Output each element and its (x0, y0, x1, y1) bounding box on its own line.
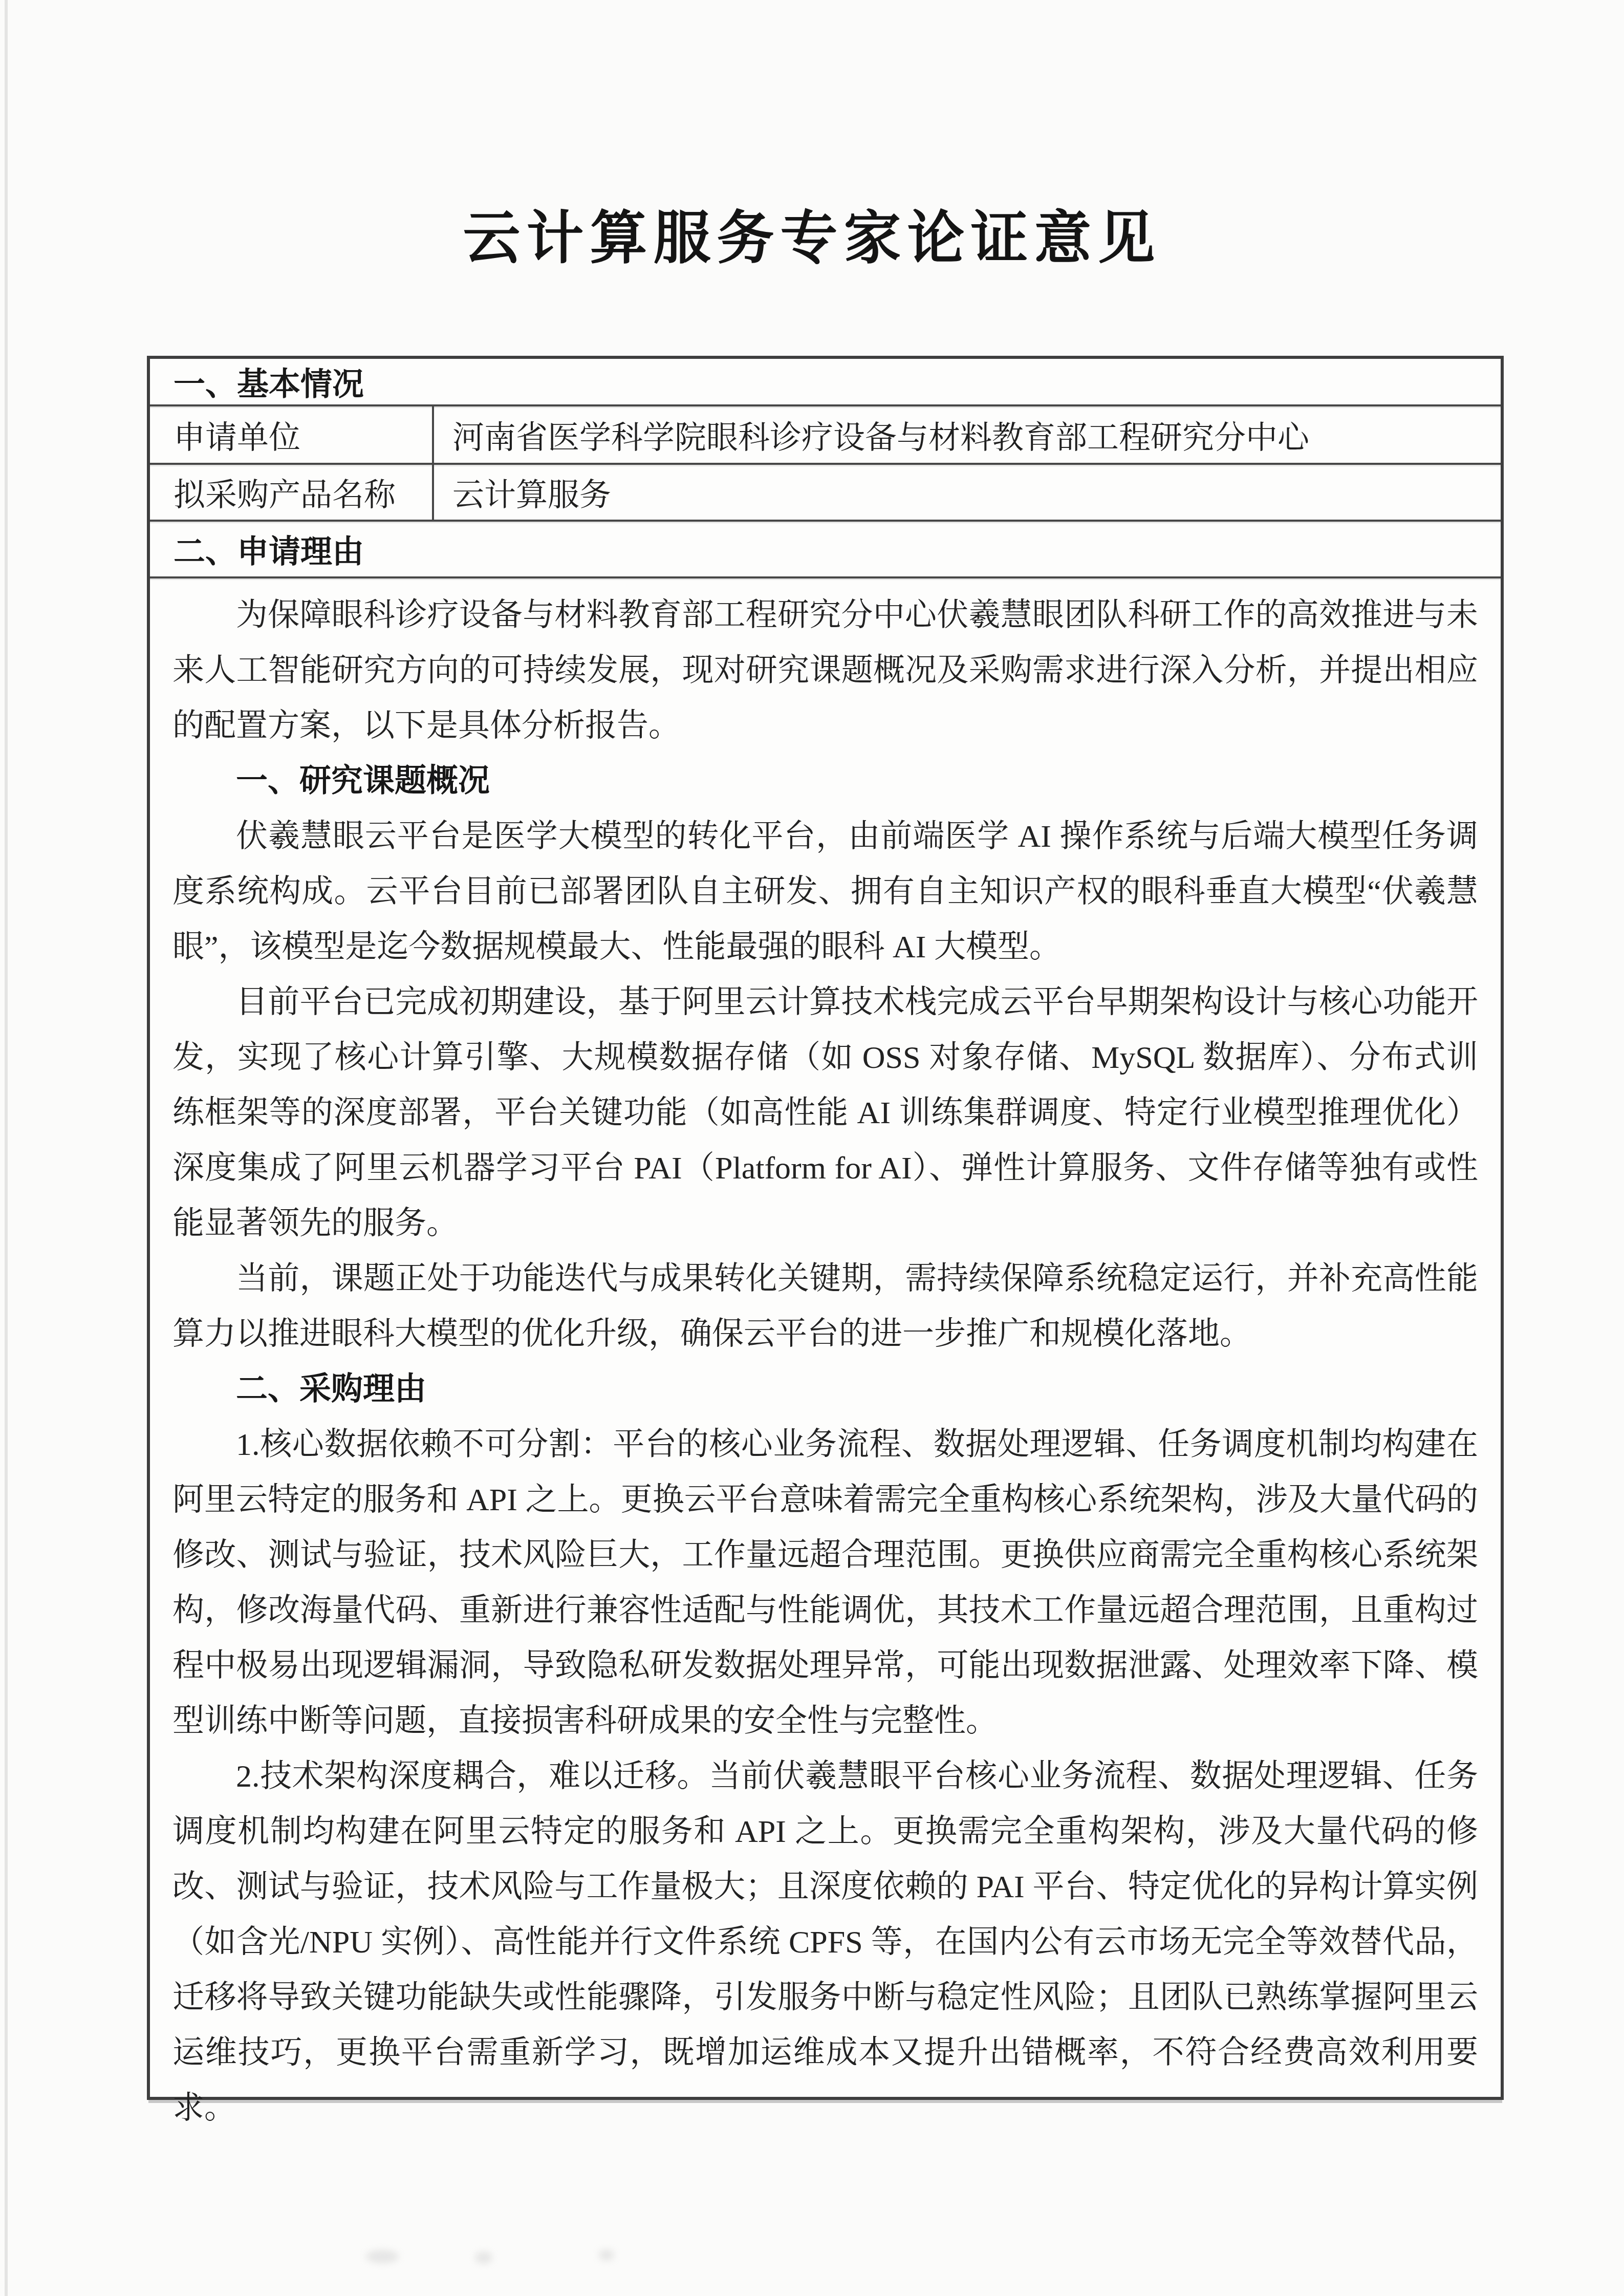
application-reason-section-label: 二、申请理由 (150, 526, 364, 572)
heading-research-overview: 一、研究课题概况 (172, 754, 1478, 809)
basic-info-section-label: 一、基本情况 (150, 359, 364, 404)
table-row-applicant: 申请单位 河南省医学科学院眼科诊疗设备与材料教育部工程研究分中心 (150, 406, 1501, 465)
application-reason-content-cell: 为保障眼科诊疗设备与材料教育部工程研究分中心伏羲慧眼团队科研工作的高效推进与未来… (150, 578, 1501, 2097)
section-row-basic-info: 一、基本情况 (150, 359, 1501, 406)
paragraph-current-stage: 当前，课题正处于功能迭代与成果转化关键期，需持续保障系统稳定运行，并补充高性能算… (172, 1251, 1478, 1362)
scan-edge-artifact (5, 0, 8, 2296)
paragraph-reason-2: 2.技术架构深度耦合，难以迁移。当前伏羲慧眼平台核心业务流程、数据处理逻辑、任务… (172, 1749, 1478, 2136)
paragraph-intro: 为保障眼科诊疗设备与材料教育部工程研究分中心伏羲慧眼团队科研工作的高效推进与未来… (172, 588, 1478, 754)
opinion-table: 一、基本情况 申请单位 河南省医学科学院眼科诊疗设备与材料教育部工程研究分中心 … (147, 356, 1504, 2100)
scan-smudge-artifact (599, 2249, 614, 2261)
scanned-document-page: { "page": { "title": "云计算服务专家论证意见" }, "c… (0, 0, 1624, 2296)
scan-smudge-artifact (366, 2250, 399, 2263)
product-name-value-cell: 云计算服务 (434, 465, 1501, 520)
heading-procurement-reason: 二、采购理由 (172, 1362, 1478, 1417)
paragraph-reason-1: 1.核心数据依赖不可分割：平台的核心业务流程、数据处理逻辑、任务调度机制均构建在… (172, 1417, 1478, 1749)
section-row-application-reason: 二、申请理由 (150, 522, 1501, 578)
product-name-label-cell: 拟采购产品名称 (150, 465, 434, 520)
page-title: 云计算服务专家论证意见 (0, 201, 1624, 277)
scan-smudge-artifact (475, 2251, 492, 2264)
applicant-value-cell: 河南省医学科学院眼科诊疗设备与材料教育部工程研究分中心 (434, 406, 1501, 463)
table-row-product-name: 拟采购产品名称 云计算服务 (150, 465, 1501, 522)
paragraph-platform-overview: 伏羲慧眼云平台是医学大模型的转化平台，由前端医学 AI 操作系统与后端大模型任务… (172, 809, 1478, 975)
paragraph-platform-build: 目前平台已完成初期建设，基于阿里云计算技术栈完成云平台早期架构设计与核心功能开发… (172, 975, 1478, 1251)
applicant-label-cell: 申请单位 (150, 406, 434, 463)
